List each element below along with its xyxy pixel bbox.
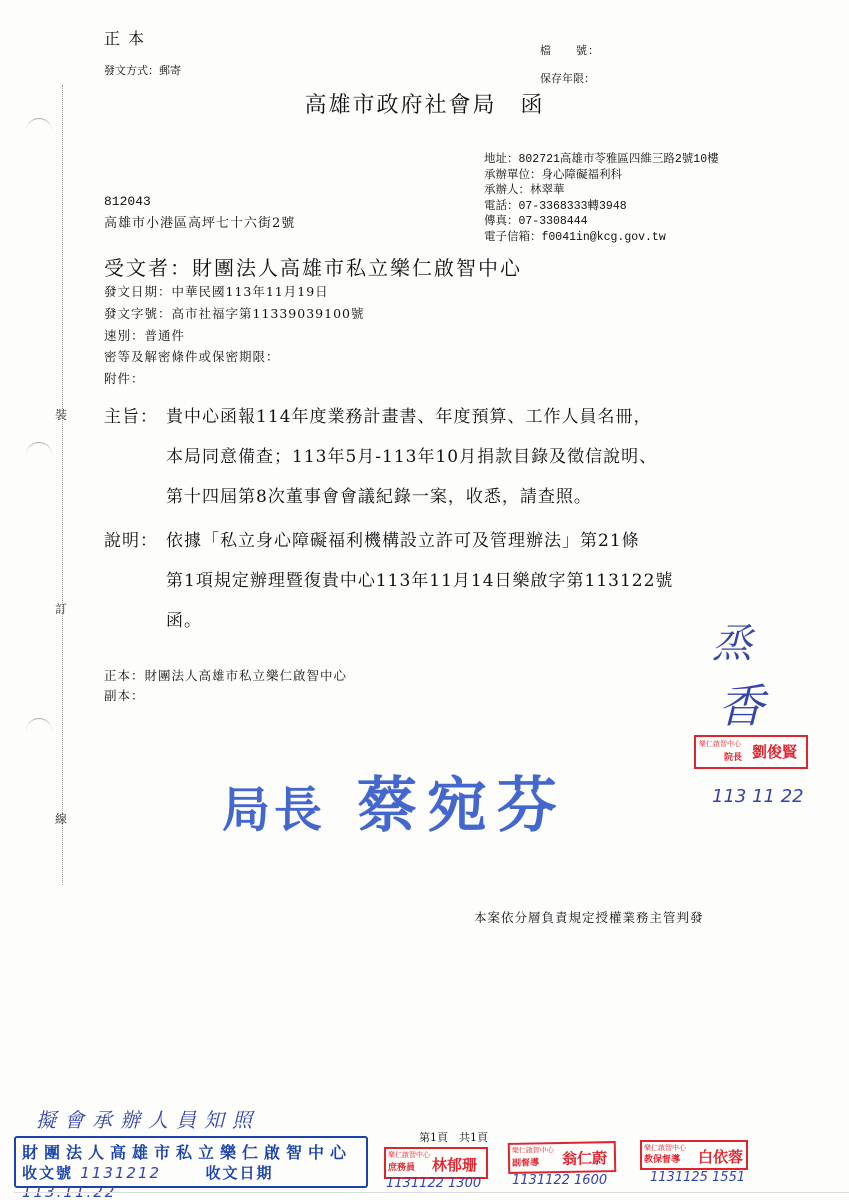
receiver-zip: 812043 [104,194,151,209]
receiver-address: 高雄市小港區高坪七十六街2號 [104,212,295,231]
handwritten-signature: 烝 [712,612,752,669]
sender-email: 電子信箱：f0041in@kcg.gov.tw [484,230,719,246]
document-number: 發文字號：高市社福字第11339039100號 [104,304,364,322]
file-number-label: 檔 號： [540,42,600,58]
director-name: 蔡宛芬 [357,771,567,841]
delivery-speed: 速別：普通件 [104,326,185,344]
receipt-stamp: 財團法人高雄市私立樂仁啟智中心 收文號 1131212 收文日期 113.11.… [14,1136,368,1188]
document-title: 高雄市政府社會局 函 [0,88,849,119]
handwritten-timestamp: 1131122 1600 [512,1173,607,1188]
sender-phone: 電話：07-3368333轉3948 [484,199,719,215]
copy-label: 正本 [104,26,152,49]
retention-label: 保存年限： [540,70,595,86]
copy-recipient: 副本： [104,686,145,704]
stamp-role: 教保督導 [644,1155,680,1165]
handwritten-timestamp: 1131122 1300 [386,1176,481,1191]
handwritten-instruction: 擬會承辦人員知照 [36,1104,260,1133]
director-seal: 局長 蔡宛芬 [222,758,567,844]
sender-info: 地址：802721高雄市苓雅區四維三路2號10樓 承辦單位：身心障礙福利科 承辦… [484,152,719,245]
stamp-name: 翁仁蔚 [562,1147,607,1169]
receipt-date-label: 收文日期 [206,1164,274,1182]
sender-fax: 傳真：07-3308444 [484,214,719,230]
staff-stamp: 樂仁啟智中心 庶務員 林郁珊 [384,1147,488,1179]
page-number: 第1頁 共1頁 [419,1129,488,1145]
handwritten-signature: 香 [718,670,764,736]
handwritten-date: 113 11 22 [712,786,804,807]
stamp-name: 白依蓉 [698,1146,743,1167]
stamp-role: 庶務員 [388,1163,415,1173]
stamp-role: 副督導 [512,1158,539,1168]
receipt-org: 財團法人高雄市私立樂仁啟智中心 [22,1140,352,1163]
receipt-row: 收文號 1131212 收文日期 113.11.22 [22,1162,366,1200]
punch-hole-mark [26,442,52,457]
binding-char-zhuang: 裝 [55,406,67,423]
secrecy-level: 密等及解密條件或保密期限： [104,347,280,365]
subject-line: 貴中心函報114年度業務計畫書、年度預算、工作人員名冊， [166,402,651,427]
sender-unit: 承辦單位：身心障礙福利科 [484,168,719,184]
receipt-no-label: 收文號 [22,1164,73,1182]
explanation-label: 說明： [104,526,158,551]
explanation-line: 第1項規定辦理暨復貴中心113年11月14日樂啟字第113122號 [166,566,673,591]
sender-handler: 承辦人：林翠華 [484,183,719,199]
director-stamp: 樂仁啟智中心 院長 劉俊賢 [694,735,808,769]
explanation-line: 函。 [166,606,202,631]
stamp-org: 樂仁啟智中心 [512,1146,554,1155]
receipt-no: 1131212 [80,1164,161,1182]
sender-address: 地址：802721高雄市苓雅區四維三路2號10樓 [484,152,719,168]
explanation-line: 依據「私立身心障礙福利機構設立許可及管理辦法」第21條 [166,526,640,551]
attachment: 附件： [104,369,145,387]
issue-date: 發文日期：中華民國113年11月19日 [104,282,329,300]
punch-hole-mark [26,118,52,133]
director-title: 局長 [222,782,326,838]
staff-stamp: 樂仁啟智中心 副督導 翁仁蔚 [508,1141,617,1174]
binding-dotted-line [62,85,63,885]
stamp-name: 林郁珊 [432,1154,477,1175]
stamp-name: 劉俊賢 [752,741,797,762]
page-bottom-edge [14,1192,849,1193]
stamp-org: 樂仁啟智中心 [644,1144,686,1152]
punch-hole-mark [26,718,52,733]
authorization-note: 本案依分層負責規定授權業務主管判發 [474,908,704,926]
binding-char-xian: 線 [55,810,67,827]
original-recipient: 正本：財團法人高雄市私立樂仁啟智中心 [104,666,347,684]
binding-char-ding: 訂 [55,600,67,617]
recipient: 受文者：財團法人高雄市私立樂仁啟智中心 [104,252,522,281]
handwritten-timestamp: 1131125 1551 [650,1170,745,1185]
subject-line: 第十四屆第8次董事會會議紀錄一案，收悉，請查照。 [166,482,592,507]
staff-stamp: 樂仁啟智中心 教保督導 白依蓉 [640,1140,748,1170]
subject-label: 主旨： [104,402,158,427]
subject-line: 本局同意備查；113年5月-113年10月捐款目錄及徵信說明、 [166,442,657,467]
stamp-org: 樂仁啟智中心 [699,740,741,748]
stamp-org: 樂仁啟智中心 [388,1151,430,1159]
send-method: 發文方式：郵寄 [104,62,181,78]
stamp-role: 院長 [724,753,742,763]
